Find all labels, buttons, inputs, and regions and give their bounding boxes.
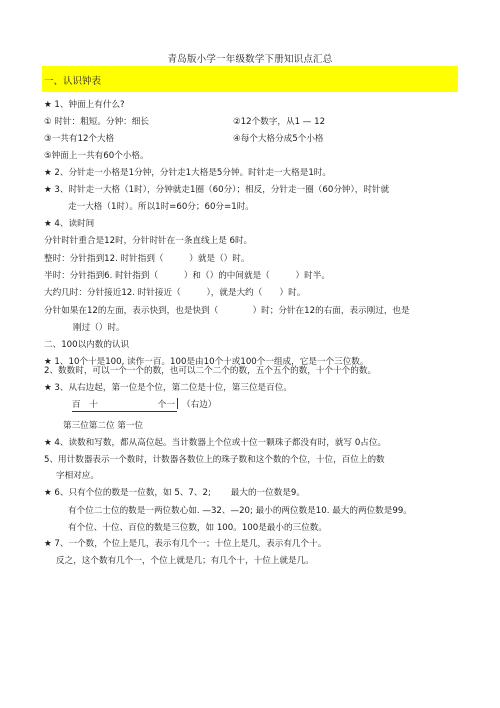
hundreds-label: 百 xyxy=(72,400,81,410)
text-line: 字相对应。 xyxy=(56,470,99,482)
divider-bar xyxy=(177,398,178,409)
text-line: 分针时针重合是12时，分针时针在一条直线上是 6时。 xyxy=(44,235,252,247)
text-line: ★ 3、从右边起，第一位是个位，第二位是十位，第三位是百位。 xyxy=(44,382,292,394)
place-value-diagram: 百 十 个一 （右边） xyxy=(72,398,216,412)
text-line: ① 时针：粗短。分钟：细长 xyxy=(44,116,149,128)
text-line: 有个位二士位的数是一两位数心如. —32、—20; 最小的两位数是10. 最大的… xyxy=(68,505,412,517)
text-line: 2、数数时，可以一个一个的数，也可以二个二个的数，五个五个的数，十个十个的数。 xyxy=(44,365,376,377)
section2-heading: 二、100以内数的认识 xyxy=(44,339,129,351)
text-line: 5、用计数器表示一个数时，计数器各数位上的珠子数和这个数的个位，十位，百位上的数 xyxy=(44,454,385,466)
document-title: 青岛版小学一年级数学下册知识点汇总 xyxy=(0,51,500,65)
text-line: 整时：分针指到12. 时针指到（ ）就是（）时。 xyxy=(44,253,249,265)
text-line: ②12个数字，从1 — 12 xyxy=(233,116,325,128)
text-line: ★ 6、只有个位的数是一位数，如 5、7、2; 最大的一位数是9。 xyxy=(44,487,305,499)
text-line: ③一共有12个大格 xyxy=(44,133,114,145)
text-line: ★ 1、钟面上有什么? xyxy=(44,99,125,111)
text-line: ★ 7、一个数，个位上是几，表示有几个一；十位上是几，表示有几个十。 xyxy=(44,538,326,550)
place-value-underline: 百 十 个一 xyxy=(72,399,177,412)
section1-heading: 一、认识钟表 xyxy=(44,73,101,87)
text-line: ★ 3、时针走一大格（1时），分钟就走1圈（60分）；相反，分针走一圈（60分钟… xyxy=(44,184,389,196)
text-line: 走一大格（1时）。所以1时=60分；60分=1时。 xyxy=(68,201,254,213)
direction-note: （右边） xyxy=(182,400,216,410)
text-line: ⑤钟面上一共有60个小格。 xyxy=(44,150,149,162)
text-line: ★ 4、读数和写数，都从高位起。当计数器上个位或十位一颗珠子都没有时，就写 0占… xyxy=(44,437,386,449)
document-page: 青岛版小学一年级数学下册知识点汇总 一、认识钟表 ★ 1、钟面上有什么? ① 时… xyxy=(0,0,500,708)
text-line: 半时：分针指到6. 时针指到（ ）和（）的中间就是（ ）时半。 xyxy=(44,270,330,282)
text-line: 有个位、十位、百位的数是三位数，如 100。100是最小的三位数。 xyxy=(68,522,327,534)
text-line: ④每个大格分成5个小格 xyxy=(233,133,324,145)
text-line: 分针如果在12的左面，表示快到，也是快到（ ）时；分针在12的右面，表示刚过，也… xyxy=(44,305,410,317)
text-line: 反之，这个数有几个一，个位上就是几；有几个十，十位上就是几。 xyxy=(56,555,314,567)
text-line: 大约几时：分针接近12. 时针接近（ ），就是大约（ ）时。 xyxy=(44,287,305,299)
section-heading-highlight: 一、认识钟表 xyxy=(42,66,458,92)
ones-label: 个一 xyxy=(158,399,175,411)
text-line: ★ 2、分针走一小格是1分钟，分针走1大格是5分钟。时针走一大格是1时。 xyxy=(44,167,331,179)
text-line: 刚过（）时。 xyxy=(73,322,125,334)
place-positions: 第三位第二位 第一位 xyxy=(63,420,143,432)
tens-label: 十 xyxy=(89,400,98,410)
text-line: ★ 4、读时间 xyxy=(44,218,94,230)
